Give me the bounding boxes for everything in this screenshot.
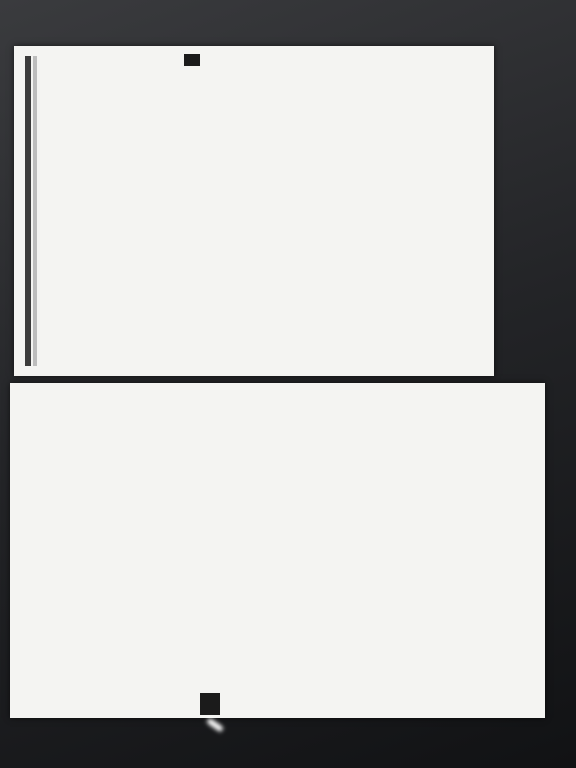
- booklet-page-36: [14, 46, 494, 376]
- booklet-page-37: [10, 383, 545, 718]
- fill-instruction-bar: [33, 56, 37, 366]
- page-title: [25, 56, 31, 366]
- page-footer: [486, 56, 488, 366]
- page-footer: [537, 393, 539, 708]
